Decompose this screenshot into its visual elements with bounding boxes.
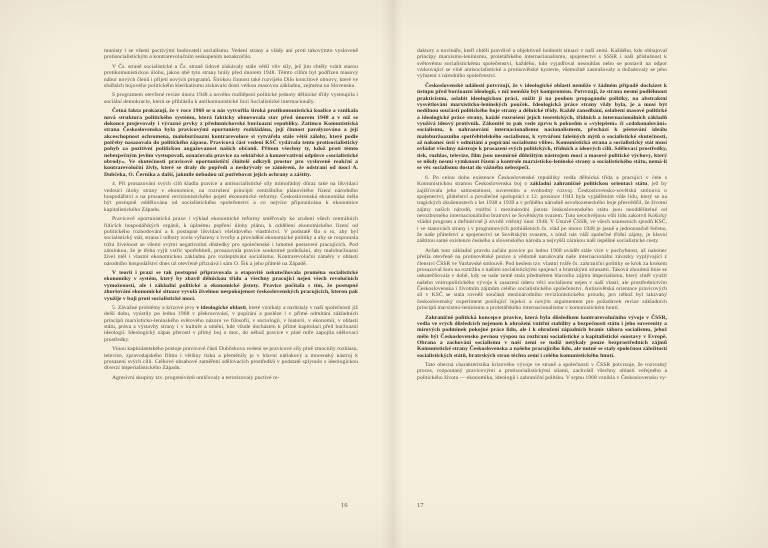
book-scan: munisty i se všemi poctivými budovateli …: [0, 0, 768, 548]
paragraph: Pravicově oportunistická praxe i výklad …: [104, 216, 358, 267]
paragraph: Tato obecná charakteristika krizového vý…: [417, 362, 667, 381]
paragraph: Československé události potvrzují, že v …: [417, 83, 667, 172]
book-gutter-shadow: [380, 0, 402, 548]
paragraph: V Čs. straně socialistické a Čs. straně …: [104, 64, 358, 89]
paragraph: 4. Při prosazování svých cílů kladla pra…: [104, 181, 358, 213]
paragraph: V teorii i praxi se tak postupně připrav…: [104, 270, 358, 302]
paragraph: munisty i se všemi poctivými budovateli …: [104, 48, 358, 61]
right-page-number: 17: [417, 502, 424, 509]
paragraph: Vinou kapitulantského postoje pravicové …: [104, 346, 358, 371]
paragraph: S programem otevřené revize února 1948 a…: [104, 92, 358, 105]
paragraph: Agresívní skupiny tzv. progresivistů uml…: [104, 375, 358, 381]
right-page-text: daktory a novináře, kteří chtěli pravdiv…: [417, 48, 667, 381]
paragraph: daktory a novináře, kteří chtěli pravdiv…: [417, 48, 667, 80]
paragraph: Zahraničně politická koncepce pravice, k…: [417, 315, 667, 359]
paragraph: Avšak tuto základní pravdu začala pravic…: [417, 248, 667, 311]
left-page-number: 16: [341, 502, 348, 509]
left-page-text: munisty i se všemi poctivými budovateli …: [104, 48, 358, 381]
paragraph: Četná fakta prokazují, že v roce 1968 se…: [104, 108, 358, 178]
paragraph: 6. Po celou dobu existence Československ…: [417, 175, 667, 245]
paragraph: 5. Závažné problémy a krizové jevy v ide…: [104, 305, 358, 343]
